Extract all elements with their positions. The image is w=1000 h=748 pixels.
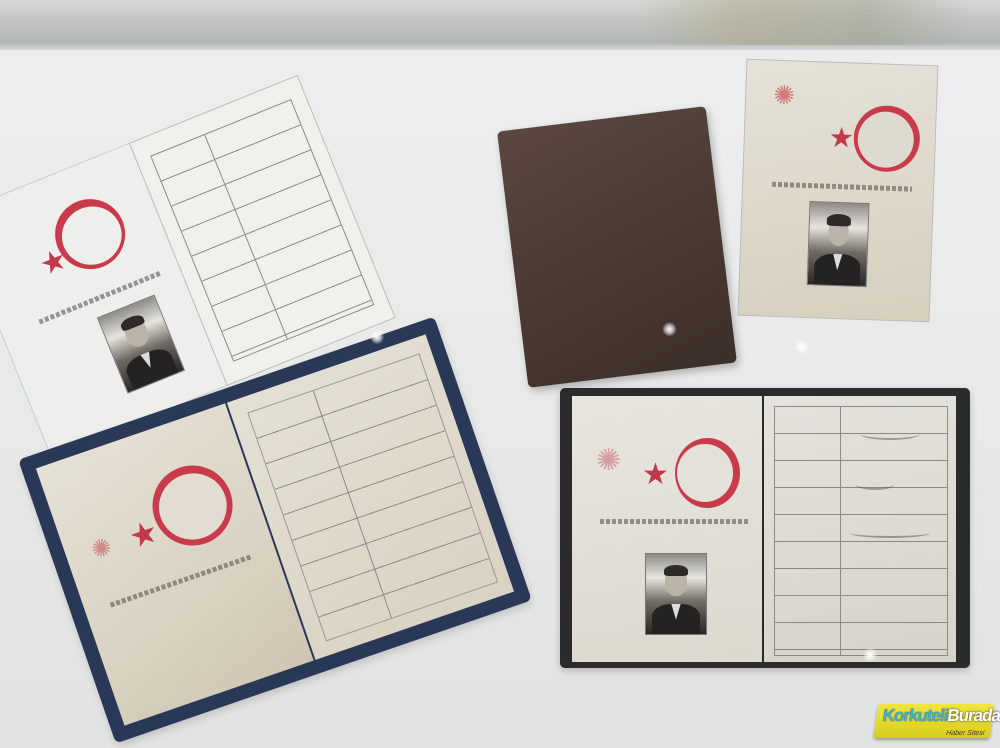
site-watermark-logo: KorkuteliBurada Haber Sitesi	[874, 704, 995, 738]
watermark-tagline: Haber Sitesi	[946, 730, 985, 737]
booklet-title-text	[600, 519, 750, 524]
light-reflection	[863, 648, 877, 662]
watermark-brand-part2: Burada	[946, 706, 1000, 725]
crescent-icon	[675, 438, 740, 508]
top-right-id-booklet: ✺ ★	[738, 59, 937, 320]
watermark-brand: KorkuteliBurada	[881, 706, 1000, 726]
handwriting	[860, 428, 920, 440]
handwriting	[850, 528, 930, 538]
light-reflection	[795, 340, 809, 354]
light-reflection	[370, 330, 384, 344]
star-icon: ★	[642, 460, 669, 490]
light-reflection	[662, 321, 678, 337]
bottom-right-id-booklet: ★ ✺	[560, 388, 970, 668]
seal-stamp-icon: ✺	[773, 82, 796, 109]
star-icon: ★	[828, 124, 854, 153]
id-photo	[645, 553, 707, 635]
brown-closed-booklet	[497, 106, 737, 388]
seal-stamp-icon: ✺	[596, 446, 621, 476]
watermark-brand-part1: Korkuteli	[881, 706, 948, 725]
handwriting	[855, 478, 895, 490]
id-photo	[807, 201, 870, 287]
shelf-reflection	[640, 0, 970, 45]
